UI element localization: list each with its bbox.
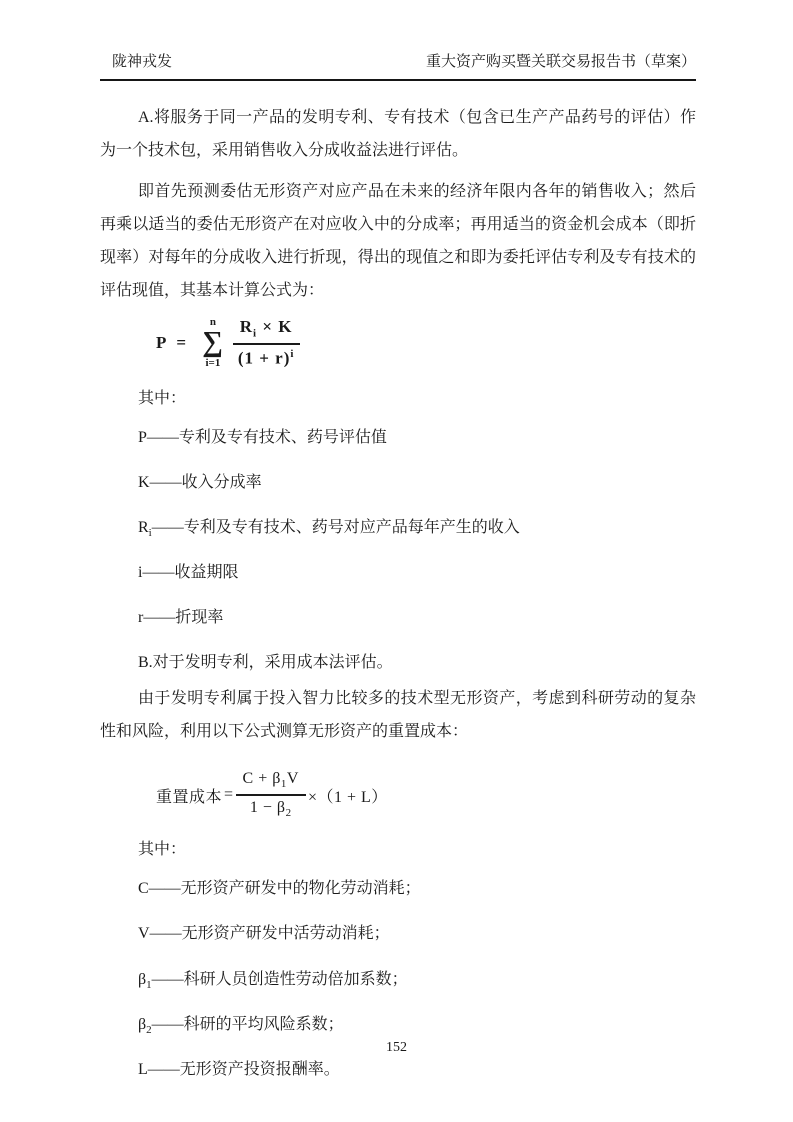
paragraph-cost-method-heading: B.对于发明专利，采用成本法评估。 xyxy=(138,653,696,672)
definition-term: β xyxy=(138,971,146,988)
page-header: 陇神戎发 重大资产购买暨关联交易报告书（草案） xyxy=(100,52,696,81)
paragraph-income-split-method: 即首先预测委估无形资产对应产品在未来的经济年限内各年的销售收入；然后再乘以适当的… xyxy=(100,175,696,307)
definition-term: β xyxy=(138,1016,146,1033)
definition-desc: ——无形资产投资报酬率。 xyxy=(148,1061,340,1078)
where-label: 其中： xyxy=(138,840,696,859)
fraction-denominator: (1 + r)i xyxy=(233,345,300,368)
definition-term: V xyxy=(138,925,150,942)
definition-term: C xyxy=(138,880,149,897)
formula-rhs: ×（1 + L） xyxy=(308,784,388,807)
definition-line-p: P——专利及专有技术、药号评估值 xyxy=(138,428,696,453)
numerator-base: R xyxy=(240,317,253,336)
definition-term: K xyxy=(138,474,150,491)
definition-line-c: C——无形资产研发中的物化劳动消耗； xyxy=(138,879,696,904)
numerator-rest: V xyxy=(287,770,299,787)
definition-desc: ——无形资产研发中的物化劳动消耗； xyxy=(149,880,421,897)
page-number: 152 xyxy=(0,1040,793,1056)
sigma-glyph: ∑ xyxy=(202,328,224,358)
definition-desc: ——收入分成率 xyxy=(150,474,262,491)
numerator-rest: × K xyxy=(257,317,292,336)
denominator-base: 1 − β xyxy=(250,799,286,816)
definition-line-i: i——收益期限 xyxy=(138,563,696,588)
formula-lhs: 重置成本 xyxy=(156,784,222,807)
definition-term: L xyxy=(138,1061,148,1078)
definition-desc: ——专利及专有技术、药号评估值 xyxy=(147,429,387,446)
summation-symbol: n ∑ i=1 xyxy=(202,317,224,369)
fraction-denominator: 1 − β2 xyxy=(236,796,306,820)
company-short-name: 陇神戎发 xyxy=(112,52,172,73)
fraction-numerator: Ri × K xyxy=(233,317,300,345)
fraction: Ri × K (1 + r)i xyxy=(233,317,300,368)
document-page: 陇神戎发 重大资产购买暨关联交易报告书（草案） A.将服务于同一产品的发明专利、… xyxy=(0,0,793,1122)
denominator-subscript: 2 xyxy=(286,808,292,820)
definition-line-beta1: β1——科研人员创造性劳动倍加系数； xyxy=(138,970,696,995)
definition-term: R xyxy=(138,519,149,536)
equals-sign: = xyxy=(176,333,187,353)
definition-line-l: L——无形资产投资报酬率。 xyxy=(138,1060,696,1085)
paragraph-technology-package: A.将服务于同一产品的发明专利、专有技术（包含已生产产品药号的评估）作为一个技术… xyxy=(100,101,696,167)
formula-replacement-cost: 重置成本 = C + β1V 1 − β2 ×（1 + L） xyxy=(156,770,696,820)
definition-desc: ——科研的平均风险系数； xyxy=(152,1016,344,1033)
formula-present-value: P = n ∑ i=1 Ri × K (1 + r)i xyxy=(156,317,696,369)
definition-line-r: r——折现率 xyxy=(138,608,696,633)
fraction: C + β1V 1 − β2 xyxy=(236,770,306,820)
definition-desc: ——收益期限 xyxy=(142,564,238,581)
definition-term: P xyxy=(138,429,147,446)
definition-line-k: K——收入分成率 xyxy=(138,473,696,498)
sum-lower-limit: i=1 xyxy=(206,358,221,369)
definition-line-beta2: β2——科研的平均风险系数； xyxy=(138,1015,696,1040)
definition-line-v: V——无形资产研发中活劳动消耗； xyxy=(138,924,696,949)
fraction-numerator: C + β1V xyxy=(236,770,306,796)
report-title: 重大资产购买暨关联交易报告书（草案） xyxy=(426,52,696,73)
definition-desc: ——科研人员创造性劳动倍加系数； xyxy=(152,971,408,988)
denominator-exponent: i xyxy=(290,348,294,360)
definition-desc: ——无形资产研发中活劳动消耗； xyxy=(150,925,390,942)
denominator-base: (1 + r) xyxy=(238,349,291,368)
definition-line-ri: Ri——专利及专有技术、药号对应产品每年产生的收入 xyxy=(138,518,696,543)
definition-desc: ——专利及专有技术、药号对应产品每年产生的收入 xyxy=(152,519,520,536)
definition-desc: ——折现率 xyxy=(143,609,223,626)
where-label: 其中： xyxy=(138,389,696,408)
equals-sign: = xyxy=(224,786,234,804)
numerator-base: C + β xyxy=(243,770,281,787)
paragraph-replacement-cost-intro: 由于发明专利属于投入智力比较多的技术型无形资产，考虑到科研劳动的复杂性和风险，利… xyxy=(100,682,696,748)
formula-lhs: P xyxy=(156,333,167,353)
